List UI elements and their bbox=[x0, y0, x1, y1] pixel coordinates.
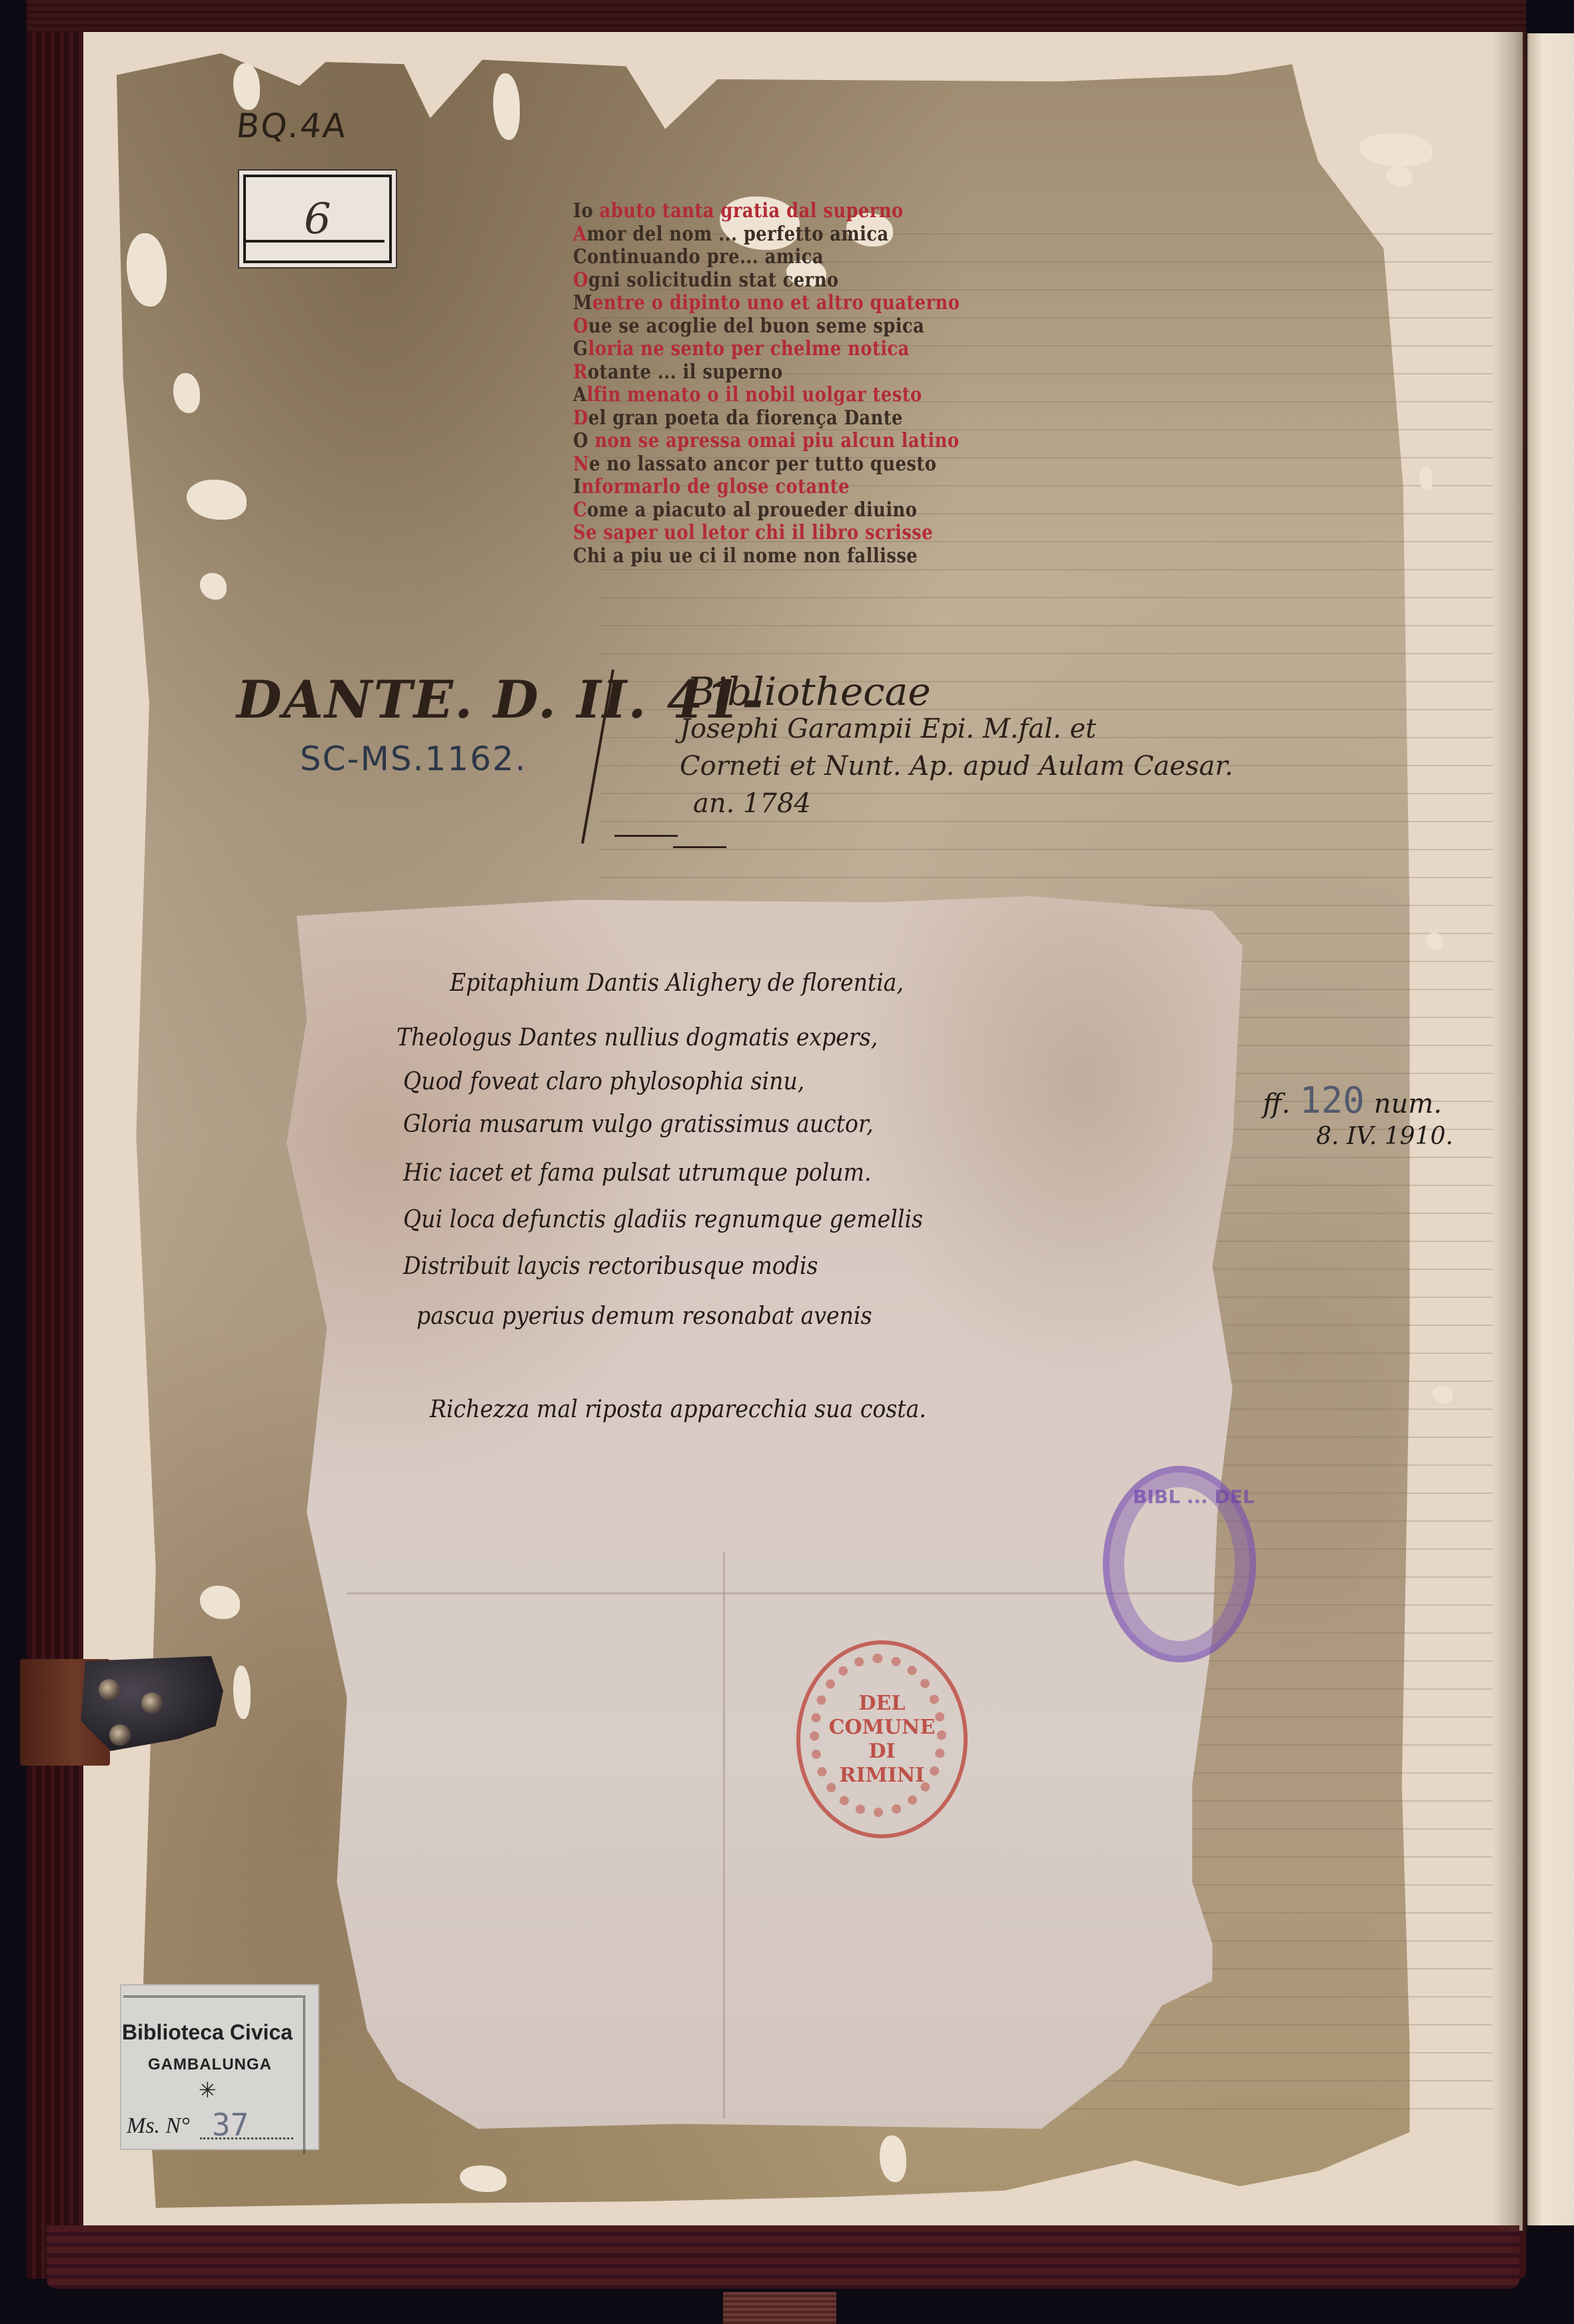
epitaph-line: Richezza mal riposta apparecchia sua cos… bbox=[430, 1396, 926, 1423]
verse-line: Come a piacuto al proueder diuino bbox=[573, 499, 1009, 522]
verse-text: nformarlo de glose cotante bbox=[582, 475, 850, 498]
verse-text: otante ... il superno bbox=[588, 360, 783, 384]
verse-initial: C bbox=[573, 498, 587, 522]
verse-text: loria ne sento per chelme notica bbox=[588, 337, 909, 360]
verse-text: gni solicitudin stat cerno bbox=[588, 269, 839, 292]
library-label-title: Biblioteca Civica bbox=[122, 2020, 293, 2045]
number-label: 6 bbox=[243, 175, 392, 263]
verse-text: abuto tanta gratia dal superno bbox=[593, 199, 904, 223]
binding-top-edge bbox=[27, 0, 1526, 32]
verse-initial: O bbox=[573, 269, 588, 292]
rivet-icon bbox=[141, 1692, 163, 1714]
verse-initial: O bbox=[573, 429, 588, 452]
rivet-icon bbox=[109, 1724, 131, 1746]
epitaph-line: Hic iacet et fama pulsat utrumque polum. bbox=[403, 1159, 872, 1187]
verse-initial: O bbox=[573, 314, 588, 338]
verse-initial: A bbox=[573, 223, 586, 246]
verse-line: Mentre o dipinto uno et altro quaterno bbox=[573, 292, 1009, 315]
verse-initial: M bbox=[573, 291, 592, 314]
provenance-bracket-foot bbox=[673, 846, 726, 848]
verse-initial: D bbox=[573, 406, 588, 430]
red-stamp-line: RIMINI bbox=[840, 1764, 925, 1788]
provenance-line: Josephi Garampii Epi. M.fal. et bbox=[680, 710, 1233, 748]
folio-number: 120 bbox=[1299, 1079, 1365, 1121]
ornament-star-icon: ✳ bbox=[199, 2077, 217, 2103]
parchment-loss bbox=[1419, 466, 1433, 490]
slip-fold-line bbox=[723, 1552, 725, 2119]
sc-ms-shelfmark: SC-MS.1162. bbox=[300, 740, 527, 778]
verse-line: Io abuto tanta gratia dal superno bbox=[573, 200, 1009, 223]
verse-text: entre o dipinto uno et altro quaterno bbox=[592, 291, 960, 314]
library-label-ms-prefix: Ms. N° bbox=[127, 2113, 190, 2139]
folio-suffix: num. bbox=[1374, 1089, 1442, 1119]
verse-initial: A bbox=[573, 383, 586, 406]
verse-line: Rotante ... il superno bbox=[573, 361, 1009, 384]
provenance-bracket-foot bbox=[614, 835, 678, 837]
verse-line: Continuando pre... amica bbox=[573, 246, 1009, 269]
old-shelfmark: BQ.4A bbox=[235, 107, 349, 145]
red-stamp-line: DI bbox=[868, 1740, 895, 1764]
red-stamp-line: COMUNE bbox=[829, 1716, 936, 1740]
library-label-subtitle: GAMBALUNGA bbox=[148, 2055, 272, 2074]
verse-line: Chi a piu ue ci il nome non fallisse bbox=[573, 545, 1009, 568]
red-library-stamp: DEL COMUNE DI RIMINI bbox=[796, 1640, 968, 1838]
verse-text: ontinuando pre... amica bbox=[587, 245, 824, 269]
verse-text: e saper uol letor chi il libro scrisse bbox=[586, 521, 933, 544]
verse-line: Gloria ne sento per chelme notica bbox=[573, 338, 1009, 361]
verse-initial: G bbox=[573, 337, 588, 360]
provenance-line: Corneti et Nunt. Ap. apud Aulam Caesar. bbox=[680, 748, 1233, 785]
violet-stamp-text: BIBL ... DEL bbox=[1133, 1486, 1255, 1508]
verse-line: Del gran poeta da fiorença Dante bbox=[573, 407, 1009, 430]
verse-text: el gran poeta da fiorença Dante bbox=[588, 406, 903, 430]
epitaph-line: Distribuit laycis rectoribusque modis bbox=[403, 1253, 818, 1280]
epitaph-line: pascua pyerius demum resonabat avenis bbox=[416, 1303, 872, 1330]
verse-initial: N bbox=[573, 452, 589, 476]
folio-note-date: 8. IV. 1910. bbox=[1316, 1123, 1453, 1150]
verse-text: non se apressa omai piu alcun latino bbox=[588, 429, 960, 452]
verse-initial: C bbox=[573, 544, 587, 568]
epitaph-line: Epitaphium Dantis Alighery de florentia, bbox=[450, 969, 904, 997]
verse-initial: I bbox=[573, 475, 582, 498]
provenance-line: an. 1784 bbox=[693, 785, 1233, 822]
verse-initial: C bbox=[573, 245, 587, 269]
verse-text: ome a piacuto al proueder diuino bbox=[587, 498, 917, 522]
number-label-value: 6 bbox=[304, 195, 331, 244]
verse-text: ue se acoglie del buon seme spica bbox=[588, 314, 924, 338]
parchment-loss bbox=[1426, 933, 1443, 950]
verse-text: lfin menato o il nobil uolgar testo bbox=[586, 383, 922, 406]
provenance-line: Bibliothecae bbox=[686, 673, 1233, 710]
verse-line: Ogni solicitudin stat cerno bbox=[573, 269, 1009, 292]
red-stamp-line: DEL bbox=[859, 1692, 906, 1716]
binding-bottom-edge bbox=[47, 2225, 1519, 2289]
verse-initial: S bbox=[573, 521, 586, 544]
verse-line: Se saper uol letor chi il libro scrisse bbox=[573, 522, 1009, 545]
verse-line: Alfin menato o il nobil uolgar testo bbox=[573, 384, 1009, 407]
gutter-shadow bbox=[1493, 32, 1527, 2231]
verse-initial: R bbox=[573, 360, 588, 384]
verse-text: hi a piu ue ci il nome non fallisse bbox=[587, 544, 918, 568]
binding-spine-edge bbox=[27, 0, 83, 2279]
epitaph-line: Gloria musarum vulgo gratissimus auctor, bbox=[403, 1111, 874, 1138]
verse-initial: Io bbox=[573, 199, 593, 223]
medieval-verses: Io abuto tanta gratia dal superno Amor d… bbox=[573, 200, 1080, 568]
bottom-bookmark-tab bbox=[723, 2292, 836, 2324]
parchment-loss bbox=[233, 1666, 251, 1719]
folio-prefix: ff. bbox=[1263, 1089, 1290, 1119]
verse-line: Ne no lassato ancor per tutto questo bbox=[573, 453, 1009, 476]
verse-text: mor del nom ... perfetto amica bbox=[586, 223, 888, 246]
epitaph-line: Qui loca defunctis gladiis regnumque gem… bbox=[403, 1206, 923, 1233]
number-label-rule bbox=[245, 240, 385, 243]
verse-text: e no lassato ancor per tutto questo bbox=[589, 452, 936, 476]
verse-line: Informarlo de glose cotante bbox=[573, 476, 1009, 499]
folio-count-note: ff.120num. bbox=[1263, 1079, 1442, 1121]
verse-line: O non se apressa omai piu alcun latino bbox=[573, 430, 1009, 453]
epitaph-line: Quod foveat claro phylosophia sinu, bbox=[403, 1068, 804, 1095]
provenance-note: Bibliothecae Josephi Garampii Epi. M.fal… bbox=[680, 673, 1233, 822]
rivet-icon bbox=[99, 1679, 120, 1700]
library-label-dotted-line bbox=[200, 2137, 293, 2139]
right-flyleaf bbox=[1527, 33, 1574, 2225]
verse-line: Oue se acoglie del buon seme spica bbox=[573, 315, 1009, 338]
epitaph-line: Theologus Dantes nullius dogmatis expers… bbox=[396, 1024, 878, 1051]
verse-line: Amor del nom ... perfetto amica bbox=[573, 223, 1009, 247]
